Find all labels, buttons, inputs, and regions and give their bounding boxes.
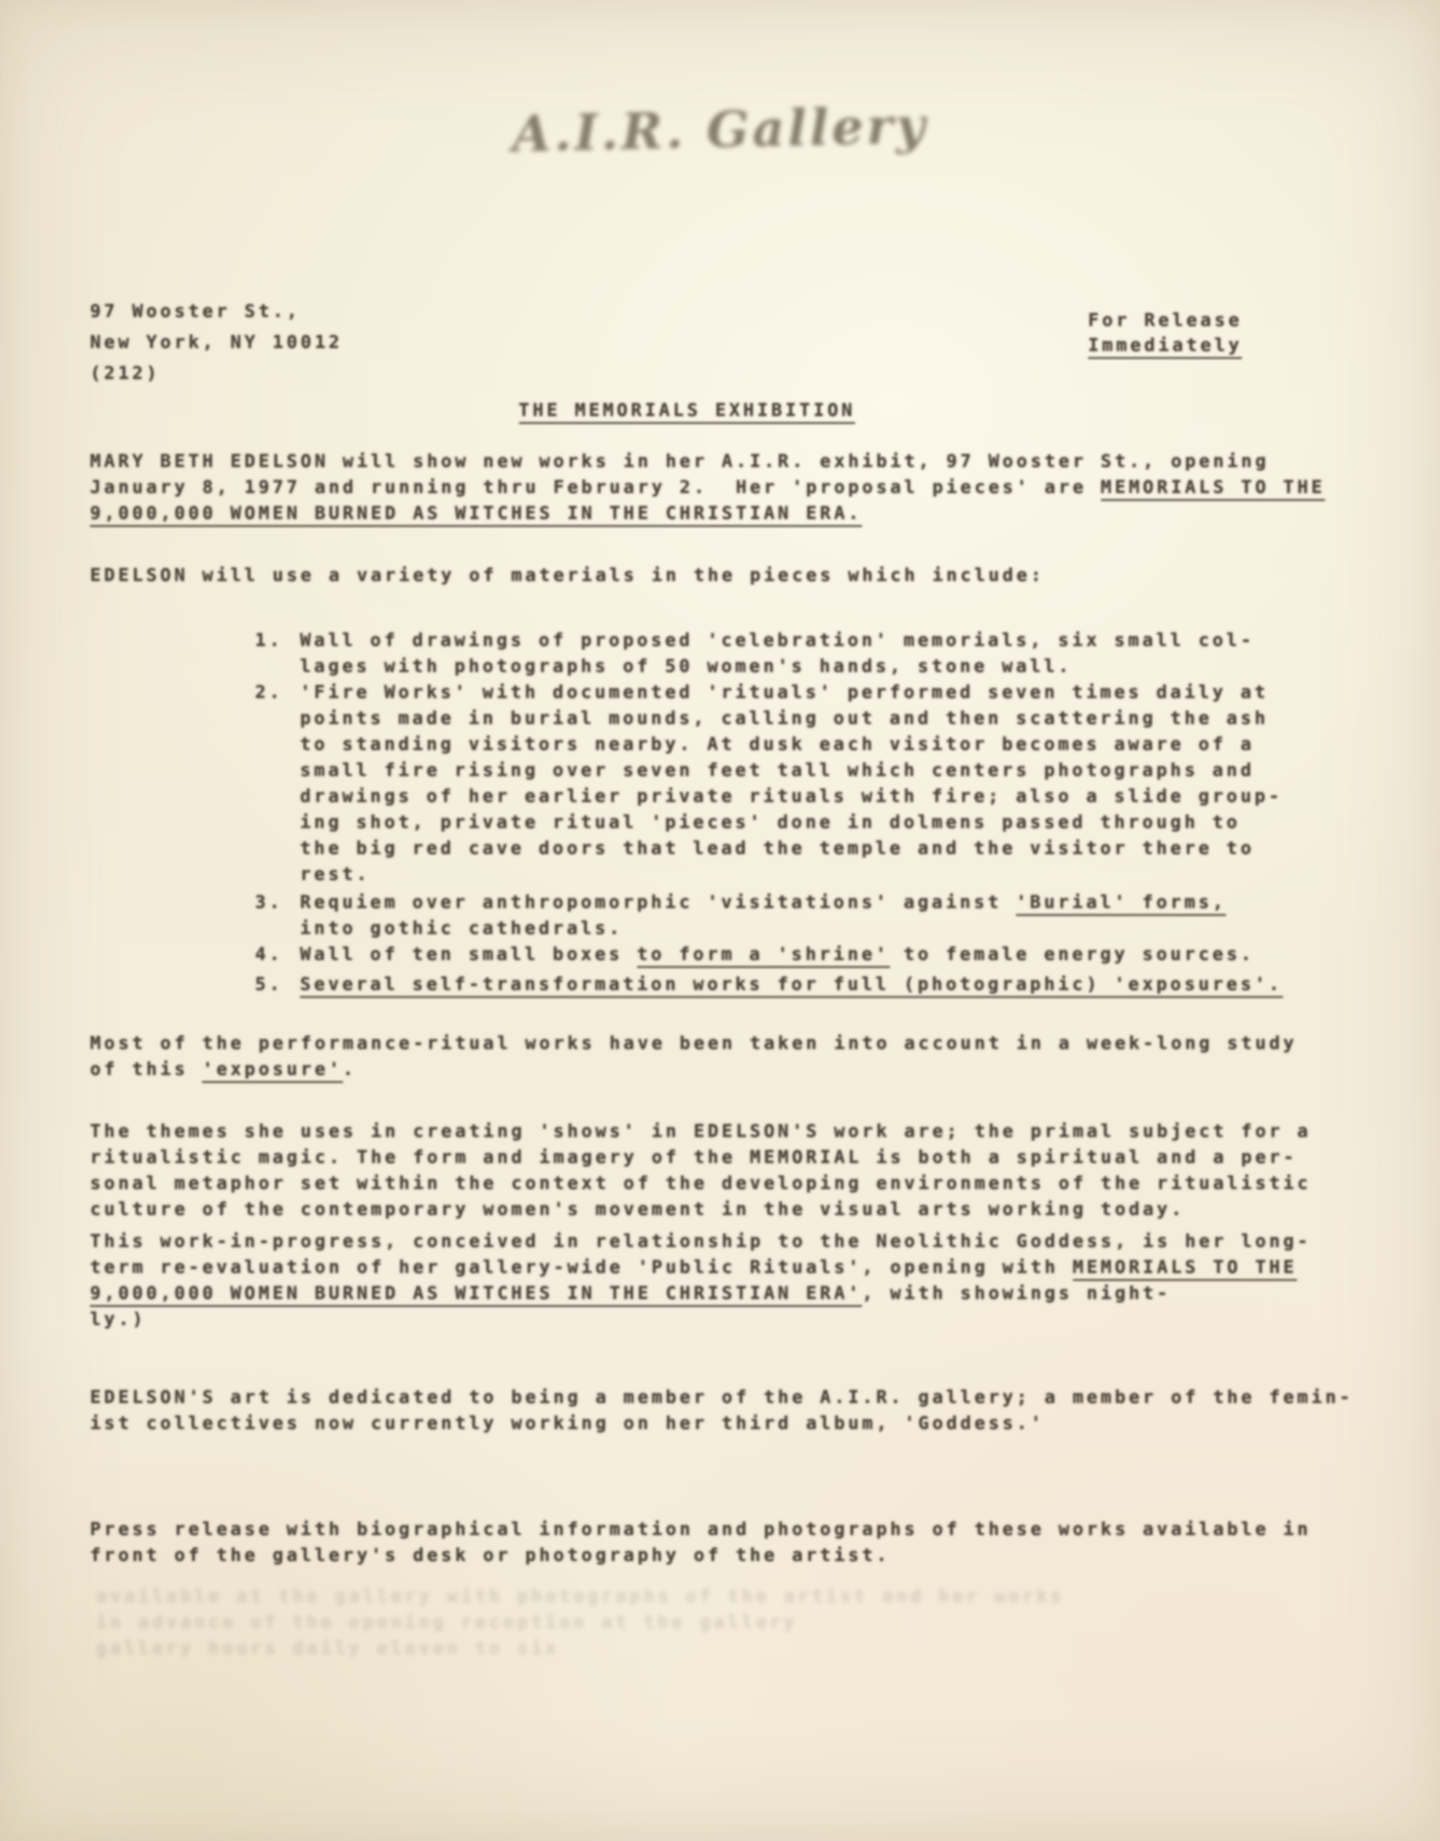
themes-paragraph: The themes she uses in creating 'shows' … [90,1119,1311,1223]
list-item-number: 4. [255,942,300,968]
performance-paragraph: Most of the performance-ritual works hav… [90,1031,1297,1083]
text-segment: Requiem over anthropomorphic 'visitation… [300,892,1016,913]
scanned-press-release: { "doc": { "logo_text": "A.I.R. Gallery"… [0,0,1440,1841]
underlined-text: Immediately [1088,335,1242,359]
text-segment: Wall of ten small boxes [300,944,637,965]
text-segment: , with showings night- [862,1283,1171,1304]
text-segment: small fire rising over seven feet tall w… [300,760,1255,781]
text-segment: sonal metaphor set within the context of… [90,1173,1311,1194]
text-line: ist collectives now currently working on… [90,1411,1353,1437]
text-segment: the big red cave doors that lead the tem… [300,838,1255,859]
text-line: EDELSON'S art is dedicated to being a me… [90,1385,1353,1411]
text-line: drawings of her earlier private rituals … [300,784,1283,810]
text-segment: Most of the performance-ritual works hav… [90,1033,1297,1054]
text-segment: . [343,1059,357,1080]
text-line: January 8, 1977 and running thru Februar… [90,475,1325,501]
text-segment: (212) [90,363,160,384]
text-segment: rest. [300,864,370,885]
text-line: available at the gallery with photograph… [96,1584,1065,1610]
text-line: culture of the contemporary women's move… [90,1197,1311,1223]
text-line: Several self-transformation works for fu… [300,972,1283,998]
list-item-text: Several self-transformation works for fu… [300,972,1283,998]
underlined-text: MEMORIALS TO THE [1073,1257,1298,1281]
text-line: EDELSON will use a variety of materials … [90,563,1045,589]
text-segment: New York, NY 10012 [90,332,343,353]
text-line: Press release with biographical informat… [90,1517,1311,1543]
text-segment: Press release with biographical informat… [90,1519,1311,1540]
list-item-number: 1. [255,628,300,654]
text-line: 97 Wooster St., [90,296,343,327]
ghost-bleedthrough-text: available at the gallery with photograph… [96,1584,1065,1662]
text-line: in advance of the opening reception at t… [96,1610,1065,1636]
text-line: Requiem over anthropomorphic 'visitation… [300,890,1283,916]
text-segment: to standing visitors nearby. At dusk eac… [300,734,1255,755]
list-item: 4.Wall of ten small boxes to form a 'shr… [255,942,1283,968]
text-line: into gothic cathedrals. [300,916,1283,942]
text-segment: MARY BETH EDELSON will show new works in… [90,451,1269,472]
underlined-text: to form a 'shrine' [637,944,890,968]
list-item-number: 3. [255,890,300,916]
works-numbered-list: 1.Wall of drawings of proposed 'celebrat… [255,628,1283,998]
text-line: Wall of drawings of proposed 'celebratio… [300,628,1283,654]
text-line: Immediately [1088,333,1242,358]
text-segment: ist collectives now currently working on… [90,1413,1045,1434]
text-segment: ritualistic magic. The form and imagery … [90,1147,1297,1168]
text-line: term re-evaluation of her gallery-wide '… [90,1255,1311,1281]
list-item-number: 2. [255,680,300,706]
text-segment: front of the gallery's desk or photograp… [90,1545,890,1566]
membership-paragraph: EDELSON'S art is dedicated to being a me… [90,1385,1353,1437]
text-line: 'Fire Works' with documented 'rituals' p… [300,680,1283,706]
text-line: ing shot, private ritual 'pieces' done i… [300,810,1283,836]
press-release-title: THE MEMORIALS EXHIBITION [0,398,1407,424]
contact-paragraph: Press release with biographical informat… [90,1517,1311,1569]
text-line: The themes she uses in creating 'shows' … [90,1119,1311,1145]
release-info-block: For ReleaseImmediately [1088,308,1242,358]
text-line: ly.) [90,1307,1311,1333]
underlined-text: 'exposure' [202,1059,342,1083]
text-segment: term re-evaluation of her gallery-wide '… [90,1257,1073,1278]
text-segment: The themes she uses in creating 'shows' … [90,1121,1311,1142]
text-segment: ly.) [90,1309,146,1330]
text-line: MARY BETH EDELSON will show new works in… [90,449,1325,475]
ceremonies-paragraph: This work-in-progress, conceived in rela… [90,1229,1311,1333]
text-segment: EDELSON'S art is dedicated to being a me… [90,1387,1353,1408]
underlined-text: 'Burial' forms, [1016,892,1227,916]
list-item-text: Requiem over anthropomorphic 'visitation… [300,890,1283,942]
text-line: lages with photographs of 50 women's han… [300,654,1283,680]
intro-paragraph: MARY BETH EDELSON will show new works in… [90,449,1325,527]
list-item: 1.Wall of drawings of proposed 'celebrat… [255,628,1283,680]
text-line: 9,000,000 WOMEN BURNED AS WITCHES IN THE… [90,1281,1311,1307]
text-line: the big red cave doors that lead the tem… [300,836,1283,862]
text-segment: drawings of her earlier private rituals … [300,786,1283,807]
text-segment: into gothic cathedrals. [300,918,623,939]
text-segment: gallery hours daily eleven to six [96,1638,559,1659]
text-segment: of this [90,1059,202,1080]
text-segment: January 8, 1977 and running thru Februar… [90,477,1101,498]
text-segment: 'Fire Works' with documented 'rituals' p… [300,682,1269,703]
text-line: New York, NY 10012 [90,327,343,358]
underlined-text: Several self-transformation works for fu… [300,974,1283,998]
underlined-text: THE MEMORIALS EXHIBITION [519,400,856,424]
text-line: For Release [1088,308,1242,333]
list-item: 5.Several self-transformation works for … [255,972,1283,998]
text-line: gallery hours daily eleven to six [96,1636,1065,1662]
text-line: THE MEMORIALS EXHIBITION [519,398,856,424]
text-segment: 97 Wooster St., [90,301,301,322]
address-block: 97 Wooster St.,New York, NY 10012(212) [90,296,343,389]
list-item-number: 5. [255,972,300,998]
text-line: 9,000,000 WOMEN BURNED AS WITCHES IN THE… [90,501,1325,527]
text-line: small fire rising over seven feet tall w… [300,758,1283,784]
text-segment: ing shot, private ritual 'pieces' done i… [300,812,1240,833]
list-item-text: 'Fire Works' with documented 'rituals' p… [300,680,1283,888]
text-segment: lages with photographs of 50 women's han… [300,656,1072,677]
text-segment: culture of the contemporary women's move… [90,1199,1185,1220]
underlined-text: 9,000,000 WOMEN BURNED AS WITCHES IN THE… [90,503,862,527]
text-line: ritualistic magic. The form and imagery … [90,1145,1311,1171]
text-line: rest. [300,862,1283,888]
text-line: of this 'exposure'. [90,1057,1297,1083]
text-segment: EDELSON will use a variety of materials … [90,565,1045,586]
list-item: 3.Requiem over anthropomorphic 'visitati… [255,890,1283,942]
text-segment: points made in burial mounds, calling ou… [300,708,1269,729]
text-segment: available at the gallery with photograph… [96,1586,1065,1607]
text-line: sonal metaphor set within the context of… [90,1171,1311,1197]
typewritten-layer: 97 Wooster St.,New York, NY 10012(212) F… [0,0,1440,1841]
text-segment: This work-in-progress, conceived in rela… [90,1231,1311,1252]
text-line: front of the gallery's desk or photograp… [90,1543,1311,1569]
text-line: Wall of ten small boxes to form a 'shrin… [300,942,1283,968]
list-item-text: Wall of drawings of proposed 'celebratio… [300,628,1283,680]
underlined-text: MEMORIALS TO THE [1101,477,1326,501]
text-segment: in advance of the opening reception at t… [96,1612,798,1633]
text-line: to standing visitors nearby. At dusk eac… [300,732,1283,758]
text-line: This work-in-progress, conceived in rela… [90,1229,1311,1255]
materials-paragraph: EDELSON will use a variety of materials … [90,563,1045,589]
list-item: 2.'Fire Works' with documented 'rituals'… [255,680,1283,888]
text-line: Most of the performance-ritual works hav… [90,1031,1297,1057]
list-item-text: Wall of ten small boxes to form a 'shrin… [300,942,1283,968]
text-segment: For Release [1088,310,1242,331]
text-segment: to female energy sources. [890,944,1255,965]
text-line: points made in burial mounds, calling ou… [300,706,1283,732]
text-line: (212) [90,358,343,389]
text-segment: Wall of drawings of proposed 'celebratio… [300,630,1255,651]
underlined-text: 9,000,000 WOMEN BURNED AS WITCHES IN THE… [90,1283,862,1307]
